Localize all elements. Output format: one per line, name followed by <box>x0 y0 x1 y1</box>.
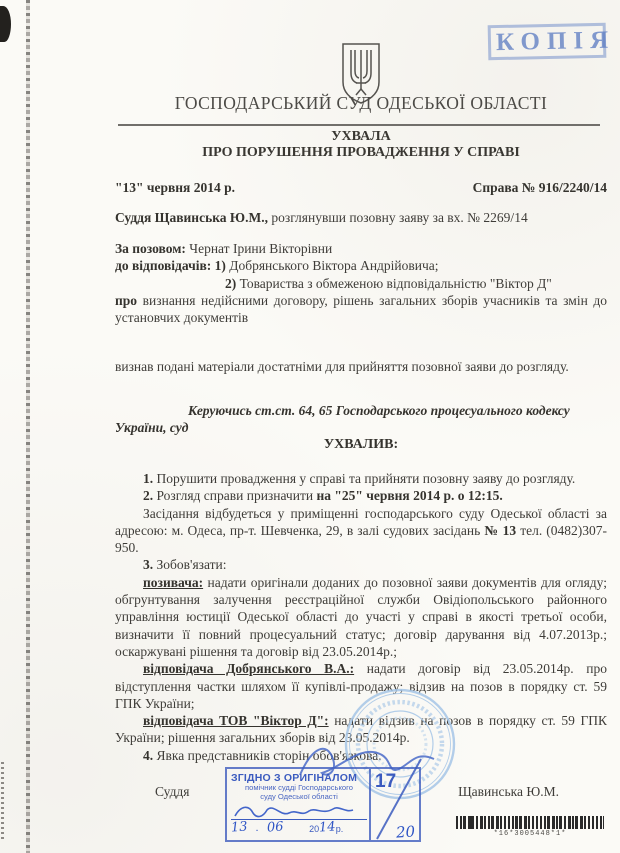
case-number: Справа № 916/2240/14 <box>473 179 607 196</box>
duty-plaintiff: позивача: надати оригінали доданих до по… <box>115 574 607 660</box>
judge-name: Щавинська Ю.М. <box>458 783 559 800</box>
scan-artifact-blob <box>0 6 11 42</box>
subject-label: про <box>115 293 137 308</box>
courtroom-number: № 13 <box>484 523 516 538</box>
handwritten-day: 13 <box>231 822 248 835</box>
subject-line: про визнання недійсними договору, рішень… <box>115 292 607 327</box>
meta-row: "13" червня 2014 р. Справа № 916/2240/14 <box>115 179 607 196</box>
resolved-heading: УХВАЛИВ: <box>115 436 607 453</box>
acceptance-paragraph: визнав подані матеріали достатніми для п… <box>115 358 607 375</box>
defendants-label: до відповідачів: <box>115 258 211 273</box>
assistant-signature-line <box>231 801 367 820</box>
certify-line-3: суду Одеської області <box>231 793 367 802</box>
barcode-text: *16*3005448*1* <box>456 830 604 838</box>
barcode: *16*3005448*1* <box>456 816 604 838</box>
judge-line-rest: розглянувши позовну заяву за вх. № 2269/… <box>271 210 527 225</box>
duty-defendant-1-label: відповідача Добрянського В.А.: <box>143 661 354 676</box>
plaintiff-line: За позовом: Чернат Ірини Вікторівни <box>115 240 607 257</box>
defendant-1-line: до відповідачів: 1) Добрянського Віктора… <box>115 257 607 274</box>
document-subtitle: ПРО ПОРУШЕННЯ ПРОВАДЖЕННЯ У СПРАВІ <box>115 145 607 161</box>
defendant-2-number: 2) <box>225 276 236 291</box>
certified-copy-stamp: ЗГІДНО З ОРИГІНАЛОМ помічник судді Госпо… <box>225 767 421 842</box>
document-title: УХВАЛА <box>115 129 607 145</box>
scanned-court-document: КОПІЯ ГОСПОДАРСЬКИЙ СУД ОДЕСЬКОЇ ОБЛАСТІ… <box>0 0 620 853</box>
duty-defendant-2-label: відповідача ТОВ "Віктор Д": <box>143 713 329 728</box>
legal-basis-line: Керуючись ст.ст. 64, 65 Господарського п… <box>115 402 607 437</box>
paragraph-2: 2. Розгляд справи призначити на "25" чер… <box>115 487 607 504</box>
handwritten-signature <box>231 802 361 822</box>
defendant-2-name: Товариства з обмеженою відповідальністю … <box>240 276 552 291</box>
hearing-date-bold: на "25" червня 2014 р. о 12:15. <box>316 488 502 503</box>
printed-year-prefix: 20 <box>309 824 319 834</box>
paragraph-2-number: 2. <box>143 488 153 503</box>
plaintiff-label: За позовом: <box>115 241 186 256</box>
paragraph-1: 1. Порушити провадження у справі та прий… <box>115 470 607 487</box>
document-date: "13" червня 2014 р. <box>115 179 235 196</box>
printed-year-suffix: р. <box>336 824 344 834</box>
judge-name-bold: Суддя Щавинська Ю.М., <box>115 210 268 225</box>
certify-stamp-left: ЗГІДНО З ОРИГІНАЛОМ помічник судді Госпо… <box>227 769 369 840</box>
judge-line: Суддя Щавинська Ю.М., розглянувши позовн… <box>115 209 607 226</box>
paragraph-3: 3. Зобов'язати: <box>115 556 607 573</box>
duty-plaintiff-label: позивача: <box>143 575 203 590</box>
certify-stamp-number-cell: 17 20 <box>369 769 419 840</box>
stamp-number-printed: 17 <box>371 769 419 793</box>
handwritten-year: 14 <box>319 822 336 835</box>
judge-label: Суддя <box>155 783 190 800</box>
scan-binding-edge <box>26 0 30 853</box>
paragraph-4-number: 4. <box>143 748 153 763</box>
barcode-bars <box>456 816 604 829</box>
copy-stamp: КОПІЯ <box>488 23 607 60</box>
paragraph-1-number: 1. <box>143 471 153 486</box>
paragraph-venue: Засідання відбудеться у приміщенні госпо… <box>115 505 607 557</box>
paragraph-2-text: Розгляд справи призначити <box>157 488 314 503</box>
handwritten-month: 06 <box>266 822 283 835</box>
scan-artifact-marks <box>1 762 4 840</box>
court-name: ГОСПОДАРСЬКИЙ СУД ОДЕСЬКОЇ ОБЛАСТІ <box>115 93 607 114</box>
stamp-number-handwritten: 20 <box>396 825 416 838</box>
defendant-1-name: Добрянського Віктора Андрійовича; <box>229 258 438 273</box>
paragraph-1-text: Порушити провадження у справі та прийнят… <box>157 471 576 486</box>
date-separator: . <box>256 822 259 834</box>
plaintiff-name: Чернат Ірини Вікторівни <box>189 241 332 256</box>
certify-date-row: 13 . 06 20 14 р. <box>231 820 367 834</box>
defendant-2-line: 2) Товариства з обмеженою відповідальніс… <box>225 275 607 292</box>
paragraph-3-number: 3. <box>143 557 153 572</box>
subject-text: визнання недійсними договору, рішень заг… <box>115 293 607 325</box>
paragraph-3-text: Зобов'язати: <box>157 557 227 572</box>
header-divider <box>118 124 600 126</box>
parties-block: За позовом: Чернат Ірини Вікторівни до в… <box>115 240 607 326</box>
defendant-1-number: 1) <box>215 258 226 273</box>
